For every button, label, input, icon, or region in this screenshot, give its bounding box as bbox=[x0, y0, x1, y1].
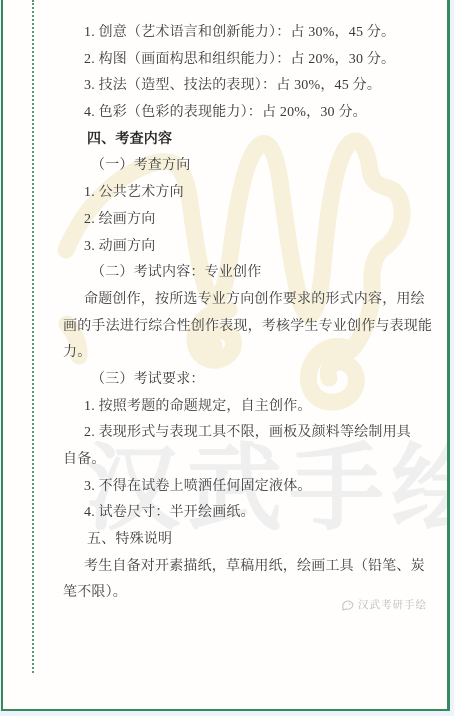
sub-heading: （三）考试要求： bbox=[63, 367, 441, 394]
text-line: 1. 公共艺术方向 bbox=[63, 180, 441, 207]
text-line: 力。 bbox=[63, 340, 441, 367]
text-line: 命题创作，按所选专业方向创作要求的形式内容，用绘 bbox=[63, 287, 441, 314]
sub-heading: （二）考试内容：专业创作 bbox=[63, 260, 441, 287]
fold-dotted-line bbox=[32, 0, 34, 673]
text-line: 1. 按照考题的命题规定，自主创作。 bbox=[63, 394, 441, 421]
brand-mark-label: 汉武考研手绘 bbox=[358, 597, 427, 612]
text-line: 4. 色彩（色彩的表现能力）：占 20%，30 分。 bbox=[63, 100, 441, 127]
text-line: 2. 绘画方向 bbox=[63, 207, 441, 234]
text-line: 4. 试卷尺寸：半开绘画纸。 bbox=[63, 500, 441, 527]
document-page: 汉武手绘 1. 创意（艺术语言和创新能力）：占 30%，45 分。 2. 构图（… bbox=[1, 0, 450, 711]
screenshot-stage: 汉武手绘 1. 创意（艺术语言和创新能力）：占 30%，45 分。 2. 构图（… bbox=[0, 0, 454, 716]
text-line: 3. 技法（造型、技法的表现）：占 30%，45 分。 bbox=[63, 73, 441, 100]
text-line: 考生自备对开素描纸，草稿用纸，绘画工具（铅笔、炭 bbox=[63, 554, 441, 581]
sub-heading: （一）考查方向 bbox=[63, 153, 441, 180]
text-line: 画的手法进行综合性创作表现，考核学生专业创作与表现能 bbox=[63, 314, 441, 341]
document-body: 1. 创意（艺术语言和创新能力）：占 30%，45 分。 2. 构图（画面构思和… bbox=[63, 20, 441, 607]
text-line: 2. 构图（画面构思和组织能力）：占 20%，30 分。 bbox=[63, 47, 441, 74]
text-line: 自备。 bbox=[63, 447, 441, 474]
text-line: 1. 创意（艺术语言和创新能力）：占 30%，45 分。 bbox=[63, 20, 441, 47]
text-line: 3. 不得在试卷上喷洒任何固定液体。 bbox=[63, 474, 441, 501]
text-line: 3. 动画方向 bbox=[63, 234, 441, 261]
section-heading: 四、考查内容 bbox=[63, 127, 441, 154]
text-line: 2. 表现形式与表现工具不限，画板及颜料等绘制用具 bbox=[63, 420, 441, 447]
section-heading: 五、特殊说明 bbox=[63, 527, 441, 554]
brand-mark: 汉武考研手绘 bbox=[341, 597, 427, 612]
brand-mascot-icon bbox=[341, 599, 355, 611]
